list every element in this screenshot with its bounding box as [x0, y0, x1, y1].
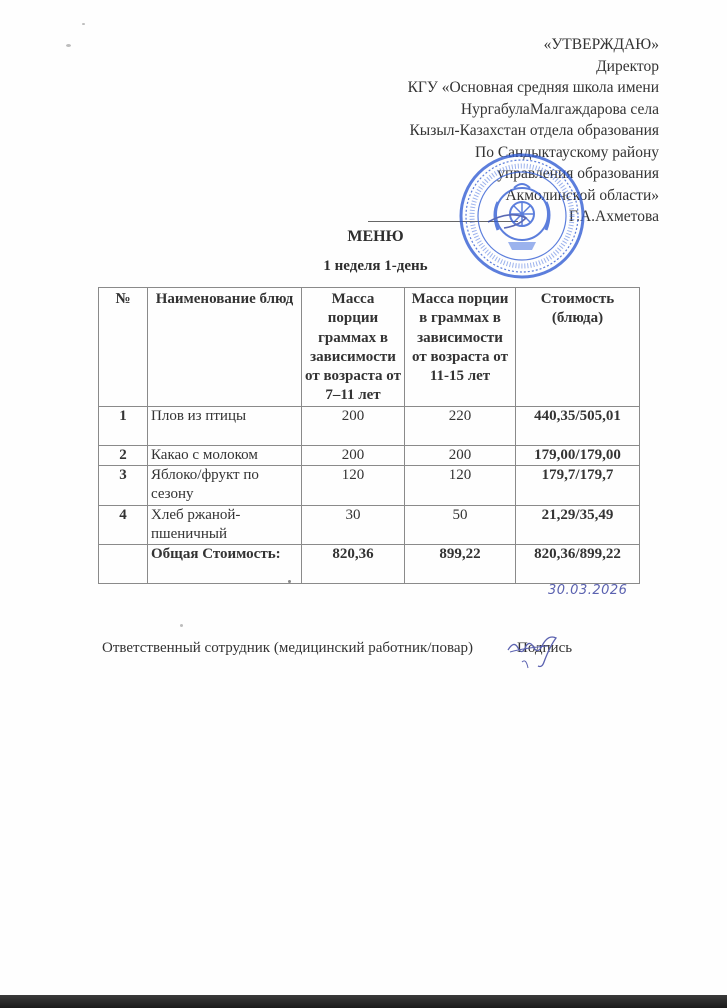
approval-heading: «УТВЕРЖДАЮ»	[408, 34, 659, 56]
approval-org-line-5: управления образования	[408, 163, 659, 185]
row-number: 3	[99, 466, 148, 506]
approval-org-line-2: НургабулаМалгаждарова села	[408, 99, 659, 121]
header-mass-11-15: Масса порции в граммах в зависимости от …	[405, 288, 516, 407]
dish-name: Яблоко/фрукт по сезону	[148, 466, 302, 506]
approval-org-line-1: КГУ «Основная средняя школа имени	[408, 77, 659, 99]
mass-7-11: 120	[302, 466, 405, 506]
mass-7-11: 200	[302, 445, 405, 465]
mass-11-15: 220	[405, 406, 516, 445]
dish-name: Плов из птицы	[148, 406, 302, 445]
mass-11-15: 200	[405, 445, 516, 465]
header-number: №	[99, 288, 148, 407]
approval-block: «УТВЕРЖДАЮ» Директор КГУ «Основная средн…	[408, 34, 659, 228]
table-row: 4 Хлеб ржаной-пшеничный 30 50 21,29/35,4…	[99, 505, 640, 545]
row-number: 2	[99, 445, 148, 465]
approval-org-line-3: Кызыл-Казахстан отдела образования	[408, 120, 659, 142]
table-total-row: Общая Стоимость: 820,36 899,22 820,36/89…	[99, 545, 640, 584]
dish-cost: 21,29/35,49	[516, 505, 640, 545]
mass-11-15: 120	[405, 466, 516, 506]
scan-speck	[180, 624, 183, 627]
row-number: 1	[99, 406, 148, 445]
header-cost: Стоимость (блюда)	[516, 288, 640, 407]
scan-edge	[0, 995, 727, 1008]
table-header-row: № Наименование блюд Масса порции граммах…	[99, 288, 640, 407]
scan-speck	[288, 580, 291, 583]
document-page: «УТВЕРЖДАЮ» Директор КГУ «Основная средн…	[0, 0, 727, 1008]
dish-cost: 179,7/179,7	[516, 466, 640, 506]
responsible-label: Ответственный сотрудник (медицинский раб…	[102, 640, 473, 656]
total-number-empty	[99, 545, 148, 584]
approval-signatory: Г.А.Ахметова	[408, 206, 659, 228]
handwritten-date: 30.03.2026	[548, 583, 627, 598]
total-cost: 820,36/899,22	[516, 545, 640, 584]
scan-speck	[66, 44, 71, 47]
dish-cost: 179,00/179,00	[516, 445, 640, 465]
total-mass-11-15: 899,22	[405, 545, 516, 584]
responsible-footer: Ответственный сотрудник (медицинский раб…	[102, 640, 572, 657]
menu-table: № Наименование блюд Масса порции граммах…	[98, 287, 640, 584]
mass-7-11: 200	[302, 406, 405, 445]
approval-org-line-4: По Сандыктаускому району	[408, 142, 659, 164]
dish-name: Хлеб ржаной-пшеничный	[148, 505, 302, 545]
table-row: 2 Какао с молоком 200 200 179,00/179,00	[99, 445, 640, 465]
row-number: 4	[99, 505, 148, 545]
mass-7-11: 30	[302, 505, 405, 545]
handwritten-signature-icon	[504, 632, 564, 672]
total-mass-7-11: 820,36	[302, 545, 405, 584]
scan-speck	[82, 23, 85, 25]
document-subtitle: 1 неделя 1-день	[0, 258, 727, 275]
table-row: 3 Яблоко/фрукт по сезону 120 120 179,7/1…	[99, 466, 640, 506]
header-dish-name: Наименование блюд	[148, 288, 302, 407]
approval-org-line-6: Акмолинской области»	[408, 185, 659, 207]
document-title: МЕНЮ	[0, 228, 727, 246]
dish-cost: 440,35/505,01	[516, 406, 640, 445]
approval-position: Директор	[408, 56, 659, 78]
director-signature-line	[368, 221, 518, 222]
dish-name: Какао с молоком	[148, 445, 302, 465]
header-mass-7-11: Масса порции граммах в зависимости от во…	[302, 288, 405, 407]
total-label: Общая Стоимость:	[148, 545, 302, 584]
mass-11-15: 50	[405, 505, 516, 545]
table-row: 1 Плов из птицы 200 220 440,35/505,01	[99, 406, 640, 445]
